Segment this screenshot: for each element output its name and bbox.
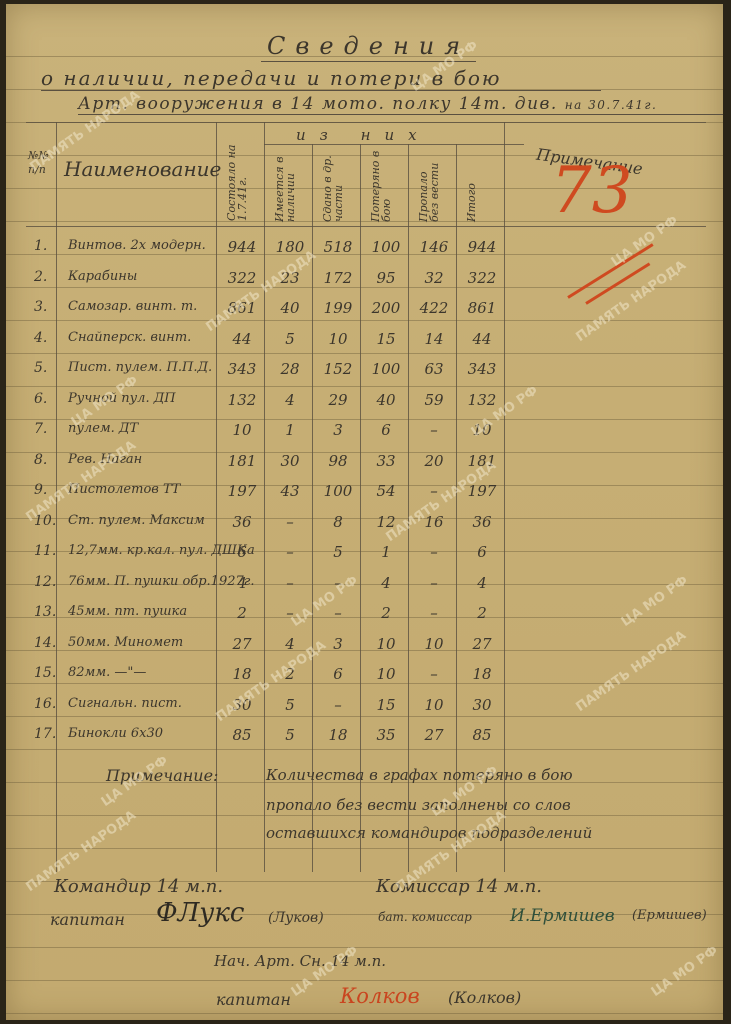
commander-signature: ФЛукс [156,898,244,928]
cell-missing: 20 [410,452,458,470]
cell-transferred: 8 [314,513,362,531]
item-name: 50мм. Миномет [68,635,183,650]
cell-missing: 10 [410,635,458,653]
cell-available: 30 [266,452,314,470]
row-number: 16. [34,696,56,712]
cell-total: 6 [458,543,506,561]
cell-missing: 32 [410,269,458,287]
table-row: 12.76мм. П. пушки обр.1927г.4––4–4 [26,568,723,600]
cell-total: 322 [458,269,506,287]
cell-available: 5 [266,696,314,714]
artillery-chief-signature: Колков [340,984,420,1008]
cell-status: 4 [218,574,266,592]
row-number: 17. [34,726,56,742]
table-row: 14.50мм. Миномет2743101027 [26,629,723,661]
cell-missing: 146 [410,238,458,256]
row-number: 1. [34,238,47,254]
subtitle-line-2: Арт. вооружения в 14 мото. полку 14т. ди… [78,94,723,115]
item-name: Пист. пулем. П.П.Д. [68,360,212,375]
cell-transferred: 518 [314,238,362,256]
cell-status: 10 [218,421,266,439]
table-row: 9.Пистолетов ТТ1974310054–197 [26,476,723,508]
cell-transferred: 199 [314,299,362,317]
document-date: на 30.7.41г. [565,98,658,112]
header-missing: Пропало без вести [418,150,448,222]
header-group: из них [296,126,431,144]
cell-lost: 15 [362,696,410,714]
cell-missing: 59 [410,391,458,409]
row-number: 3. [34,299,47,315]
cell-transferred: 5 [314,543,362,561]
cell-missing: 14 [410,330,458,348]
cell-available: 4 [266,391,314,409]
row-number: 5. [34,360,47,376]
commissar-rank: бат. комиссар [378,910,472,924]
row-number: 11. [34,543,56,559]
cell-status: 44 [218,330,266,348]
commander-title: Командир 14 м.п. [54,876,223,897]
cell-missing: 422 [410,299,458,317]
cell-status: 181 [218,452,266,470]
artillery-chief-rank: капитан [216,990,291,1009]
cell-available: 43 [266,482,314,500]
row-number: 4. [34,330,47,346]
cell-transferred: 98 [314,452,362,470]
cell-lost: 10 [362,635,410,653]
cell-status: 944 [218,238,266,256]
cell-lost: 100 [362,360,410,378]
item-name: 45мм. пт. пушка [68,604,187,619]
item-name: Сигнальн. пист. [68,696,182,711]
table-row: 4.Снайперск. винт.44510151444 [26,324,723,356]
cell-lost: 4 [362,574,410,592]
note-line-3: оставшихся командиров подразделений [266,824,592,842]
cell-total: 4 [458,574,506,592]
commissar-signature: И.Ермишев [510,906,615,926]
row-number: 12. [34,574,56,590]
cell-status: 132 [218,391,266,409]
note-line-1: Количества в графах потеряно в бою [266,766,573,784]
cell-total: 2 [458,604,506,622]
commissar-name: (Ермишев) [632,908,707,923]
cell-total: 861 [458,299,506,317]
cell-status: 27 [218,635,266,653]
cell-total: 30 [458,696,506,714]
cell-missing: 63 [410,360,458,378]
cell-lost: 100 [362,238,410,256]
cell-available: – [266,574,314,592]
cell-lost: 2 [362,604,410,622]
cell-available: – [266,543,314,561]
cell-lost: 1 [362,543,410,561]
cell-total: 18 [458,665,506,683]
cell-available: 28 [266,360,314,378]
cell-transferred: 29 [314,391,362,409]
row-number: 14. [34,635,56,651]
cell-transferred: 3 [314,421,362,439]
cell-lost: 33 [362,452,410,470]
document-page: Сведения о наличии, передачи и потери в … [6,4,723,1020]
group-header-divider [264,144,524,145]
cell-transferred: 172 [314,269,362,287]
row-number: 13. [34,604,56,620]
cell-status: 36 [218,513,266,531]
item-name: Ст. пулем. Максим [68,513,205,528]
cell-status: 2 [218,604,266,622]
cell-available: 5 [266,726,314,744]
commander-rank: капитан [50,910,125,929]
cell-lost: 15 [362,330,410,348]
cell-available: – [266,513,314,531]
cell-lost: 200 [362,299,410,317]
item-name: Бинокли 6х30 [68,726,163,741]
cell-lost: 35 [362,726,410,744]
row-number: 8. [34,452,47,468]
table-row: 17.Бинокли 6х3085518352785 [26,720,723,752]
cell-available: 40 [266,299,314,317]
table-row: 10.Ст. пулем. Максим36–8121636 [26,507,723,539]
cell-lost: 95 [362,269,410,287]
cell-status: 197 [218,482,266,500]
cell-missing: 27 [410,726,458,744]
cell-missing: – [410,665,458,683]
cell-lost: 10 [362,665,410,683]
header-total: Итого [466,150,496,222]
commander-name: (Луков) [268,910,324,926]
cell-transferred: 18 [314,726,362,744]
header-available: Имеется в наличии [274,150,304,222]
cell-transferred: – [314,696,362,714]
header-status: Состояло на 1.7.41г. [226,129,256,221]
cell-total: 36 [458,513,506,531]
header-transferred: Сдано в др. части [322,150,352,222]
item-name: Винтов. 2х модерн. [68,238,206,253]
cell-total: 44 [458,330,506,348]
note-line-2: пропало без вести заполнены со слов [266,796,571,814]
subtitle-text: Арт. вооружения в 14 мото. полку 14т. ди… [78,94,558,114]
cell-missing: – [410,421,458,439]
table-row: 16.Сигнальн. пист.305–151030 [26,690,723,722]
cell-transferred: 152 [314,360,362,378]
cell-total: 343 [458,360,506,378]
cell-lost: 6 [362,421,410,439]
cell-total: 85 [458,726,506,744]
cell-total: 27 [458,635,506,653]
cell-status: 6 [218,543,266,561]
header-lost: Потеряно в бою [370,150,400,222]
cell-transferred: 6 [314,665,362,683]
cell-missing: – [410,574,458,592]
item-name: Снайперск. винт. [68,330,191,345]
cell-lost: 40 [362,391,410,409]
row-number: 2. [34,269,47,285]
subtitle-line-1: о наличии, передачи и потери в бою [41,66,601,91]
artillery-chief-name: (Колков) [448,988,521,1007]
item-name: Карабины [68,269,137,284]
cell-status: 85 [218,726,266,744]
row-number: 15. [34,665,56,681]
cell-missing: – [410,543,458,561]
cell-transferred: 10 [314,330,362,348]
table-top-border [26,122,706,123]
row-number: 7. [34,421,47,437]
table-row: 11.12,7мм. кр.кал. пул. ДШКа6–51–6 [26,537,723,569]
cell-missing: 10 [410,696,458,714]
table-row: 13.45мм. пт. пушка2––2–2 [26,598,723,630]
header-name: Наименование [64,154,204,184]
cell-missing: – [410,604,458,622]
cell-available: 1 [266,421,314,439]
cell-transferred: 100 [314,482,362,500]
cell-total: 944 [458,238,506,256]
cell-lost: 54 [362,482,410,500]
row-number: 9. [34,482,47,498]
cell-available: 5 [266,330,314,348]
item-name: 82мм. —"— [68,665,146,680]
red-pencil-mark: 73 [551,154,632,228]
item-name: Самозар. винт. т. [68,299,197,314]
cell-status: 343 [218,360,266,378]
row-number: 6. [34,391,47,407]
